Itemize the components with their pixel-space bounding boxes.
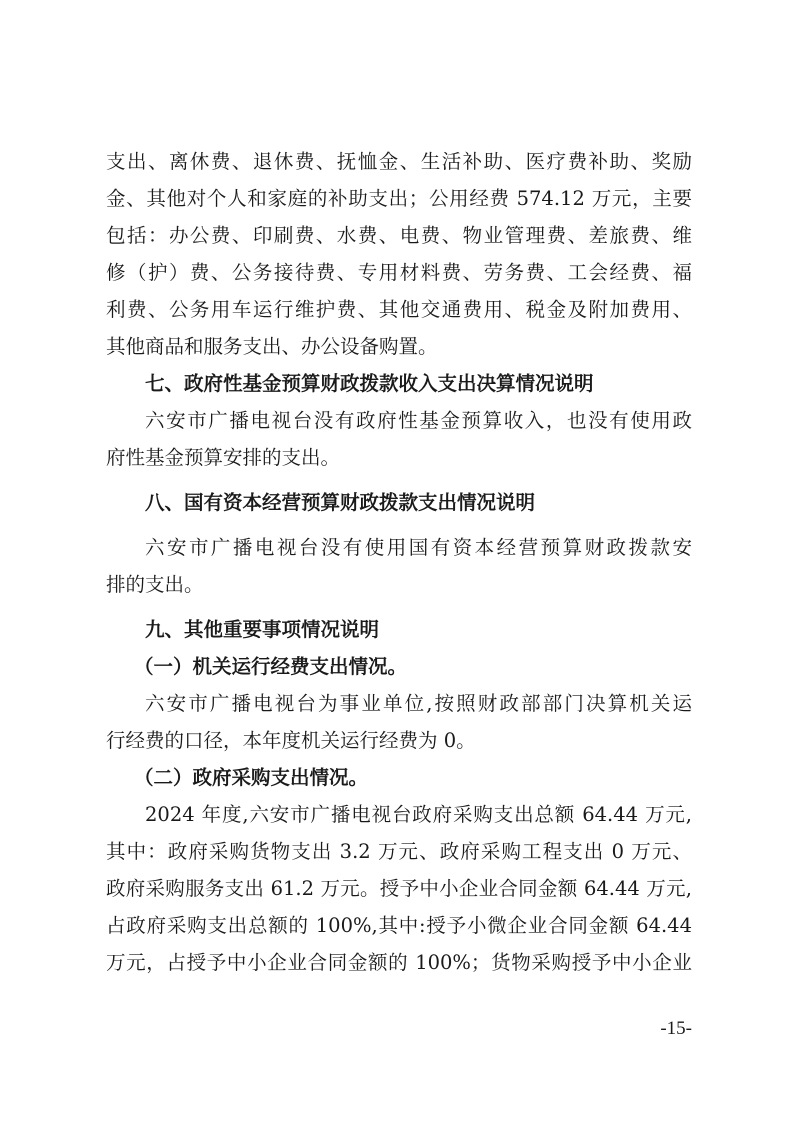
body-line: 2024 年度,六安市广播电视台政府采购支出总额 64.44 万元, <box>106 796 692 833</box>
body-line: 修（护）费、公务接待费、专用材料费、劳务费、工会经费、福 <box>106 254 692 291</box>
body-line: 包括：办公费、印刷费、水费、电费、物业管理费、差旅费、维 <box>106 217 692 254</box>
body-line: 金、其他对个人和家庭的补助支出；公用经费 574.12 万元，主要 <box>106 180 692 217</box>
body-line: 占政府采购支出总额的 100%,其中:授予小微企业合同金额 64.44 <box>106 907 692 944</box>
body-line: 利费、公务用车运行维护费、其他交通费用、税金及附加费用、 <box>106 291 692 328</box>
body-line: 六安市广播电视台为事业单位,按照财政部部门决算机关运 <box>106 685 692 722</box>
body-line: 府性基金预算安排的支出。 <box>106 439 692 476</box>
body-line: 支出、离休费、退休费、抚恤金、生活补助、医疗费补助、奖励 <box>106 143 692 180</box>
body-line: 行经费的口径，本年度机关运行经费为 0。 <box>106 722 692 759</box>
body-line: 其中：政府采购货物支出 3.2 万元、政府采购工程支出 0 万元、 <box>106 833 692 870</box>
body-line: 六安市广播电视台没有使用国有资本经营预算财政拨款安 <box>106 529 692 566</box>
section-9-heading: 九、其他重要事项情况说明 <box>106 611 692 648</box>
body-line: 其他商品和服务支出、办公设备购置。 <box>106 328 692 365</box>
body-line: 六安市广播电视台没有政府性基金预算收入，也没有使用政 <box>106 402 692 439</box>
section-8-heading: 八、国有资本经营预算财政拨款支出情况说明 <box>106 484 692 521</box>
subsection-1-heading: （一）机关运行经费支出情况。 <box>106 648 692 685</box>
body-line: 排的支出。 <box>106 566 692 603</box>
body-line: 政府采购服务支出 61.2 万元。授予中小企业合同金额 64.44 万元, <box>106 870 692 907</box>
section-7-heading: 七、政府性基金预算财政拨款收入支出决算情况说明 <box>106 365 692 402</box>
document-page: 支出、离休费、退休费、抚恤金、生活补助、医疗费补助、奖励 金、其他对个人和家庭的… <box>106 143 692 981</box>
body-line: 万元，占授予中小企业合同金额的 100%；货物采购授予中小企业 <box>106 944 692 981</box>
subsection-2-heading: （二）政府采购支出情况。 <box>106 759 692 796</box>
page-number: -15- <box>640 1018 692 1040</box>
